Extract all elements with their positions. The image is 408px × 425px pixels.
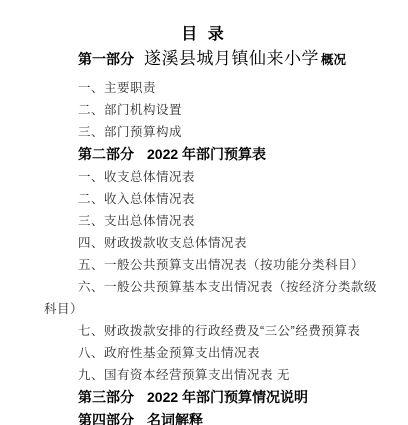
document-page: 目 录 第一部分遂溪县城月镇仙来小学概况 一、主要职责 二、部门机构设置 三、部… — [0, 0, 408, 425]
school-name: 遂溪县城月镇仙来小学 — [144, 49, 319, 68]
toc-item: 七、财政拨款安排的行政经费及“三公”经费预算表 — [44, 320, 378, 342]
part1-suffix: 概况 — [321, 53, 346, 67]
part2-title: 2022 年部门预算表 — [147, 146, 266, 162]
part3-title: 2022 年部门预算情况说明 — [147, 389, 308, 405]
toc-item: 一、主要职责 — [44, 77, 378, 99]
part2-item-list: 一、收支总体情况表 二、收入总体情况表 三、支出总体情况表 四、财政拨款收支总体… — [44, 166, 378, 386]
toc-item: 四、财政拨款收支总体情况表 — [44, 232, 378, 254]
part1-label: 第一部分 — [78, 51, 134, 67]
toc-item: 二、收入总体情况表 — [44, 188, 378, 210]
toc-item: 三、支出总体情况表 — [44, 210, 378, 232]
part3-heading: 第三部分2022 年部门预算情况说明 — [44, 386, 378, 409]
toc-item: 二、部门机构设置 — [44, 99, 378, 121]
part1-heading: 第一部分遂溪县城月镇仙来小学概况 — [44, 46, 378, 73]
page-title: 目 录 — [30, 24, 378, 46]
part4-heading: 第四部分名词解释 — [44, 409, 378, 425]
part4-title: 名词解释 — [147, 412, 203, 425]
toc-item: 一、收支总体情况表 — [44, 166, 378, 188]
toc-item: 五、一般公共预算支出情况表（按功能分类科目） — [44, 254, 378, 276]
toc-item: 六、一般公共预算基本支出情况表（按经济分类款级科目） — [44, 276, 378, 320]
toc-item: 九、国有资本经营预算支出情况表 无 — [44, 364, 378, 386]
part3-label: 第三部分 — [78, 389, 134, 405]
part4-label: 第四部分 — [78, 412, 134, 425]
toc-item: 三、部门预算构成 — [44, 121, 378, 143]
part2-label: 第二部分 — [78, 146, 134, 162]
part2-heading: 第二部分2022 年部门预算表 — [44, 143, 378, 166]
toc-item: 八、政府性基金预算支出情况表 — [44, 342, 378, 364]
part1-item-list: 一、主要职责 二、部门机构设置 三、部门预算构成 — [44, 77, 378, 143]
